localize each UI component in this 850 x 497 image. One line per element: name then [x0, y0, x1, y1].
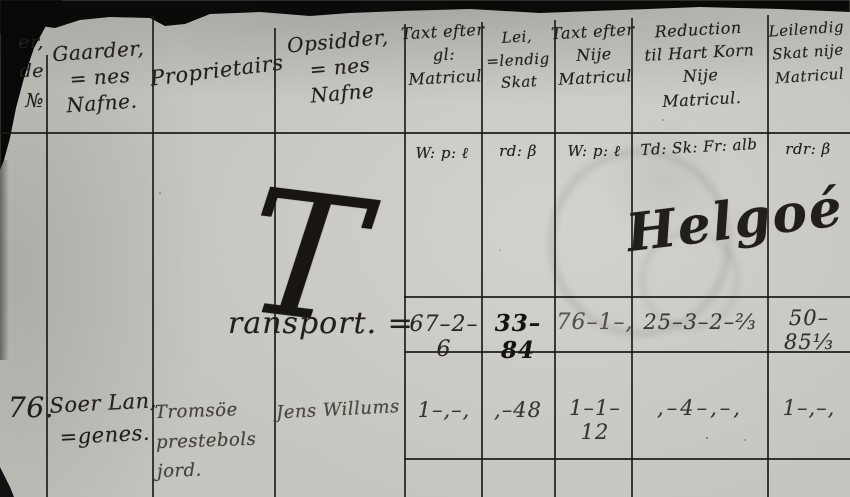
transport-value-reduction: 25–3–2–⅔: [632, 310, 768, 334]
occupant-name: Jens Willums: [275, 395, 410, 425]
transport-label: ransport. =: [228, 304, 414, 343]
row76-value-reduction: ,–4–,–,: [632, 396, 768, 420]
unit-label-leaseholder-old: rd: β: [482, 142, 554, 160]
table-row-rule: [404, 296, 850, 298]
row76-value-leaseholder-old: ,–48: [481, 398, 555, 422]
column-header-farm-names: Gaarder, = nes Nafne.: [47, 35, 152, 120]
unit-label-leaseholder-new: rdr: β: [768, 140, 848, 158]
page-edge-shadow-bottom: [0, 467, 14, 497]
column-header-leaseholder-tax-old: Lei, =lendig Skat: [477, 24, 558, 95]
row76-value-tax-new: 1–1–12: [556, 396, 634, 444]
table-row-rule: [404, 458, 850, 460]
column-header-reduction-hard-grain: Reduction til Hart Korn Nije Matricul.: [632, 15, 769, 115]
transport-value-leaseholder-new: 50–85⅓: [768, 306, 850, 354]
archival-ledger-page: er, de № Gaarder, = nes Nafne. Proprieta…: [0, 0, 850, 497]
column-header-leaseholder-tax-new: Leilendig Skat nije Matricul: [764, 15, 850, 90]
column-header-tax-old-matricul: Taxt efter gl: Matricul: [400, 18, 488, 92]
farm-name: Soer Lan, =genes.: [46, 385, 161, 454]
page-edge-shadow: [0, 160, 9, 360]
section-heading-helgoe: Helgoé =: [623, 172, 850, 268]
column-header-tax-new-matricul: Taxt efter Nije Matricul: [550, 18, 638, 92]
row76-value-leaseholder-new: 1–,–,: [768, 396, 850, 420]
column-header-proprietors: Proprietairs: [149, 50, 277, 92]
column-header-occupant-names: Opsidder, = nes Nafne: [275, 23, 405, 112]
column-header-number: er, de №: [2, 28, 44, 116]
unit-label-tax-new: W: p: ℓ: [556, 142, 632, 160]
unit-label-reduction: Td: Sk: Fr: alb: [630, 134, 769, 159]
transport-value-leaseholder-old: 33–84: [481, 310, 555, 364]
transport-value-tax-new: 76–1–,: [556, 310, 634, 335]
proprietor-name: Tromsöe prestebols jord.: [154, 394, 281, 487]
row76-value-tax-old: 1–,–,: [405, 398, 483, 422]
transport-value-tax-old: 67–2–6: [405, 312, 483, 362]
unit-label-tax-old: W: p: ℓ: [404, 144, 480, 162]
table-header-rule: [0, 132, 850, 134]
